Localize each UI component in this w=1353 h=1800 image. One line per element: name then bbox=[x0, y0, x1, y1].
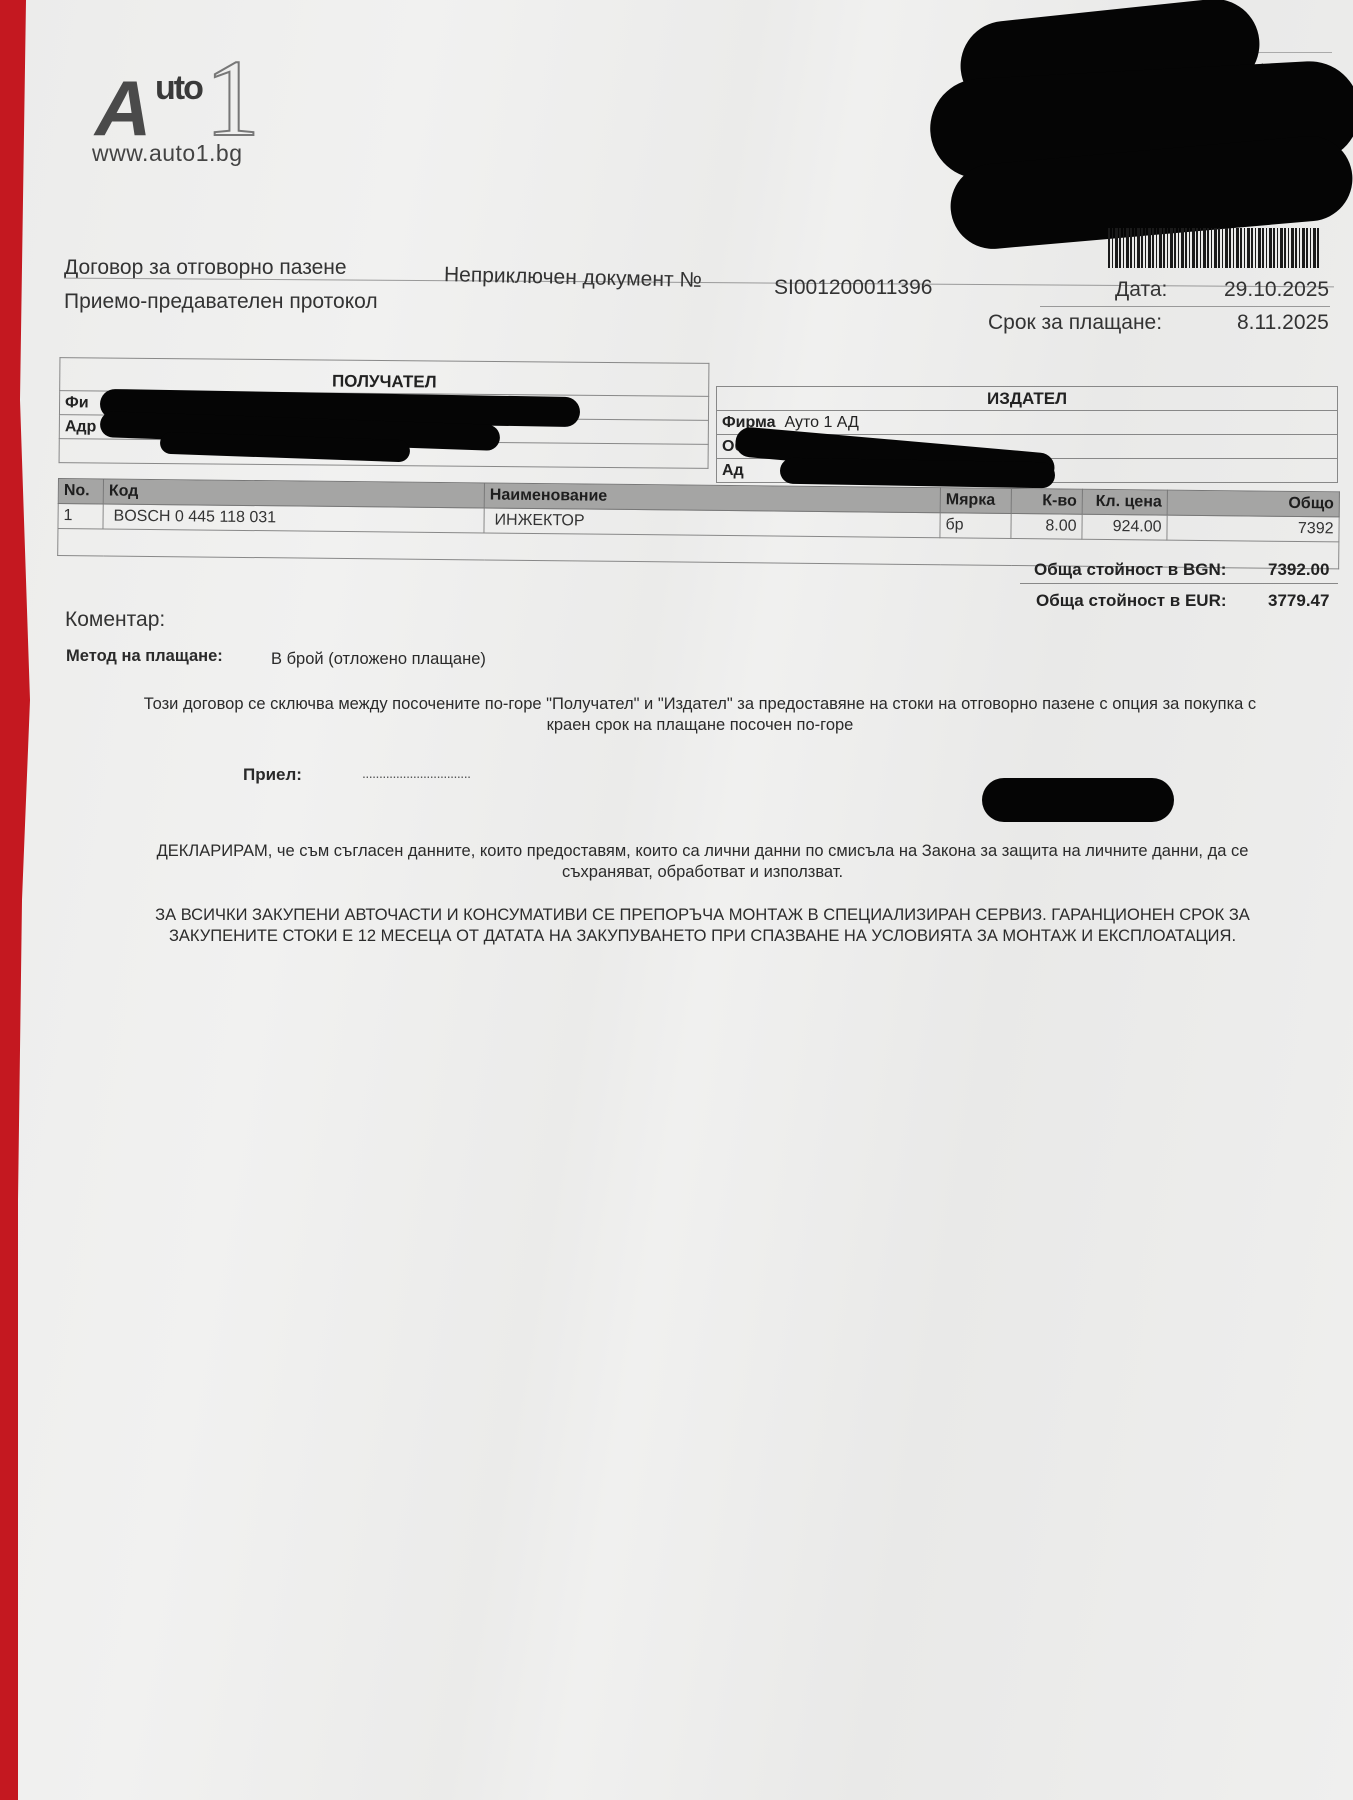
declaration-line1: ДЕКЛАРИРАМ, че съм съгласен данните, кои… bbox=[60, 841, 1345, 862]
issuer-company-value: Ауто 1 АД bbox=[784, 414, 858, 431]
doc-title-line1: Договор за отговорно пазене bbox=[64, 256, 347, 280]
barcode bbox=[1108, 228, 1320, 268]
logo-mark-one: 1 bbox=[205, 43, 260, 153]
warranty-line2: ЗАКУПЕНИТЕ СТОКИ Е 12 МЕСЕЦА ОТ ДАТАТА Н… bbox=[60, 926, 1345, 947]
doc-number-value: SI001200011396 bbox=[774, 276, 932, 300]
contract-text-line1: Този договор се сключва между посочените… bbox=[60, 694, 1340, 715]
received-label: Приел: bbox=[243, 765, 302, 785]
col-qty: К-во bbox=[1011, 488, 1082, 514]
date-label: Дата: bbox=[1115, 278, 1167, 302]
doc-title-line2: Приемо-предавателен протокол bbox=[64, 290, 378, 314]
total-bgn-value: 7392.00 bbox=[1268, 560, 1329, 580]
redaction-mark bbox=[982, 778, 1174, 822]
col-total: Общо bbox=[1167, 490, 1339, 517]
contract-text: Този договор се сключва между посочените… bbox=[60, 694, 1340, 737]
total-eur-value: 3779.47 bbox=[1268, 591, 1329, 611]
cell-no: 1 bbox=[58, 504, 103, 529]
due-date-label: Срок за плащане: bbox=[988, 311, 1162, 335]
contract-text-line2: краен срок на плащане посочен по-горе bbox=[60, 715, 1340, 736]
totals-divider bbox=[1020, 583, 1338, 584]
payment-method-label: Метод на плащане: bbox=[66, 647, 223, 666]
items-table: No. Код Наименование Мярка К-во Кл. цена… bbox=[57, 478, 1340, 569]
cell-qty: 8.00 bbox=[1011, 513, 1082, 539]
auto1-logo: 1 A uto bbox=[95, 45, 275, 145]
date-divider bbox=[1040, 306, 1330, 307]
date-value: 29.10.2025 bbox=[1224, 278, 1329, 302]
recipient-address-label: Адр bbox=[65, 418, 97, 435]
cell-unit-price: 924.00 bbox=[1082, 514, 1167, 540]
comment-label: Коментар: bbox=[65, 608, 165, 632]
logo-mark-uto: uto bbox=[155, 69, 202, 108]
declaration-text: ДЕКЛАРИРАМ, че съм съгласен данните, кои… bbox=[60, 841, 1345, 884]
cell-unit: бр bbox=[940, 513, 1011, 539]
warranty-line1: ЗА ВСИЧКИ ЗАКУПЕНИ АВТОЧАСТИ И КОНСУМАТИ… bbox=[60, 905, 1345, 926]
issuer-row-company: Фирма Ауто 1 АД bbox=[717, 411, 1338, 435]
logo-url: www.auto1.bg bbox=[92, 140, 242, 167]
warranty-text: ЗА ВСИЧКИ ЗАКУПЕНИ АВТОЧАСТИ И КОНСУМАТИ… bbox=[60, 905, 1345, 948]
due-date-value: 8.11.2025 bbox=[1237, 311, 1329, 335]
recipient-company-label: Фи bbox=[65, 394, 89, 411]
redaction-mark bbox=[780, 458, 1055, 489]
issuer-title: ИЗДАТЕЛ bbox=[717, 387, 1338, 411]
col-no: No. bbox=[58, 479, 103, 504]
issuer-address-label: Ад bbox=[722, 462, 744, 479]
col-unit: Мярка bbox=[940, 488, 1011, 514]
cell-total: 7392 bbox=[1167, 515, 1339, 542]
declaration-line2: съхраняват, обработват и използват. bbox=[60, 862, 1345, 883]
total-eur-label: Обща стойност в EUR: bbox=[1036, 591, 1227, 611]
signature-line: ................................ bbox=[362, 765, 470, 781]
col-unit-price: Кл. цена bbox=[1082, 489, 1167, 515]
payment-method-value: В брой (отложено плащане) bbox=[271, 650, 486, 669]
total-bgn-label: Обща стойност в BGN: bbox=[1034, 560, 1226, 580]
